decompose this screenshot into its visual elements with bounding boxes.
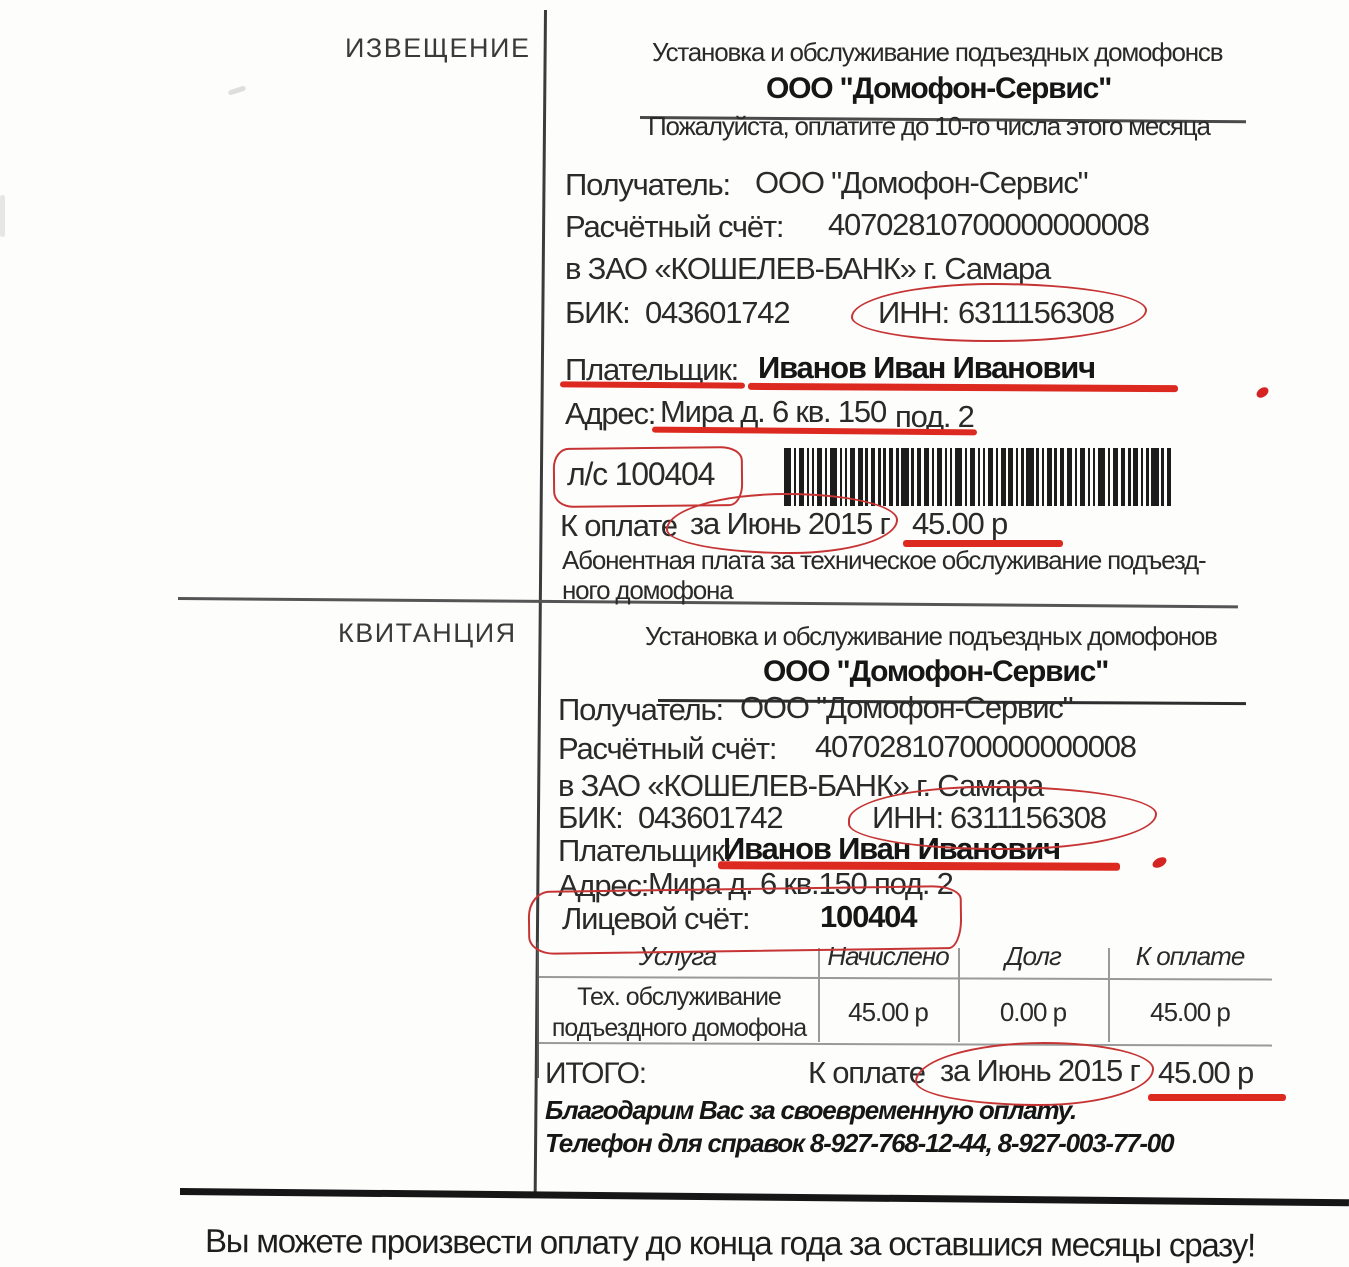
table-cell-debt: 0.00 р — [958, 997, 1108, 1028]
receipt-account-label: Расчётный счёт: — [558, 731, 776, 767]
table-header-debt: Долг — [958, 941, 1108, 972]
table-header-due: К оплате — [1108, 941, 1272, 972]
notice-inn-value: 6311156308 — [958, 295, 1114, 331]
receipt-address-label: Адрес: — [558, 868, 648, 904]
table-cell-due: 45.00 р — [1108, 997, 1272, 1028]
notice-description-line1: Абонентная плата за техническое обслужив… — [562, 546, 1205, 576]
scan-artifact — [228, 85, 247, 95]
receipt-recipient-value: ООО "Домофон-Сервис" — [740, 690, 1072, 726]
table-cell-service: Тех. обслуживание подъездного домофона — [545, 982, 813, 1043]
red-dot-mark — [1255, 385, 1271, 400]
scanned-receipt-document: ИЗВЕЩЕНИЕ Установка и обслуживание подъе… — [0, 0, 1349, 1267]
footer-note: Вы можете произвести оплату до конца год… — [205, 1222, 1255, 1265]
receipt-bik-label: БИК: — [558, 800, 623, 836]
notice-pay-period: за Июнь 2015 г — [690, 506, 890, 542]
receipt-account-value: 40702810700000000008 — [815, 729, 1136, 765]
bottom-thick-line — [180, 1188, 1349, 1206]
notice-personal-account: л/с 100404 — [567, 456, 714, 493]
receipt-total-amount: 45.00 р — [1158, 1055, 1253, 1091]
receipt-personal-account-label: Лицевой счёт: — [562, 901, 749, 937]
notice-recipient-label: Получатель: — [565, 167, 730, 203]
receipt-bank-line: в ЗАО «КОШЕЛЕВ-БАНК» г. Самара — [558, 768, 1043, 804]
receipt-thanks-line: Благодарим Вас за своевременную оплату. — [545, 1096, 1076, 1126]
receipt-address-value: Мира д. 6 кв.150 под. 2 — [648, 866, 953, 902]
notice-address-label: Адрес: — [565, 396, 655, 432]
receipt-payer-label: Плательщик: — [558, 833, 731, 869]
notice-payer-label: Плательщик: — [565, 352, 738, 388]
notice-account-label: Расчётный счёт: — [565, 209, 783, 245]
receipt-payer-value: Иванов Иван Иванович — [723, 831, 1060, 867]
receipt-recipient-label: Получатель: — [558, 692, 723, 728]
receipt-company-name: ООО "Домофон-Сервис" — [763, 655, 1108, 690]
notice-inn-label: ИНН: — [878, 295, 949, 331]
receipt-service-line: Установка и обслуживание подъездных домо… — [645, 622, 1217, 652]
table-header-service: Услуга — [537, 941, 818, 972]
notice-company-name: ООО "Домофон-Сервис" — [766, 72, 1111, 107]
receipt-total-pay-label: К оплате — [808, 1055, 925, 1091]
barcode — [784, 448, 1171, 506]
notice-bik-value: 043601742 — [645, 295, 789, 331]
notice-description-line2: ного домофона — [562, 576, 732, 606]
table-cell-accrued: 45.00 р — [818, 997, 958, 1028]
table-header-accrued: Начислено — [818, 941, 958, 972]
notice-recipient-value: ООО "Домофон-Сервис" — [755, 165, 1087, 201]
notice-address-value: Мира д. 6 кв. 150 — [660, 394, 886, 430]
notice-bik-label: БИК: — [565, 295, 630, 331]
notice-pay-label: К оплате — [560, 508, 677, 544]
red-underline-total-amount — [1148, 1094, 1286, 1101]
notice-pay-deadline: Пожалуйста, оплатите до 10-го числа этог… — [648, 112, 1210, 142]
table-header-bottom-border — [537, 976, 1272, 981]
receipt-phones-line: Телефон для справок 8-927-768-12-44, 8-9… — [545, 1129, 1173, 1159]
scan-artifact — [0, 195, 5, 237]
receipt-section-label: КВИТАНЦИЯ — [338, 618, 517, 649]
notice-payer-value: Иванов Иван Иванович — [758, 350, 1095, 386]
notice-account-value: 40702810700000000008 — [828, 207, 1149, 243]
receipt-total-label: ИТОГО: — [545, 1057, 646, 1092]
notice-service-line: Установка и обслуживание подъездных домо… — [652, 38, 1222, 68]
receipt-personal-account-value: 100404 — [820, 899, 916, 935]
red-dot-mark-2 — [1151, 855, 1168, 870]
notice-amount: 45.00 р — [912, 506, 1007, 542]
notice-section-label: ИЗВЕЩЕНИЕ — [345, 33, 530, 64]
receipt-total-period: за Июнь 2015 г — [940, 1053, 1140, 1089]
notice-bank-line: в ЗАО «КОШЕЛЕВ-БАНК» г. Самара — [565, 251, 1050, 287]
notice-entrance-value: под. 2 — [895, 399, 974, 435]
